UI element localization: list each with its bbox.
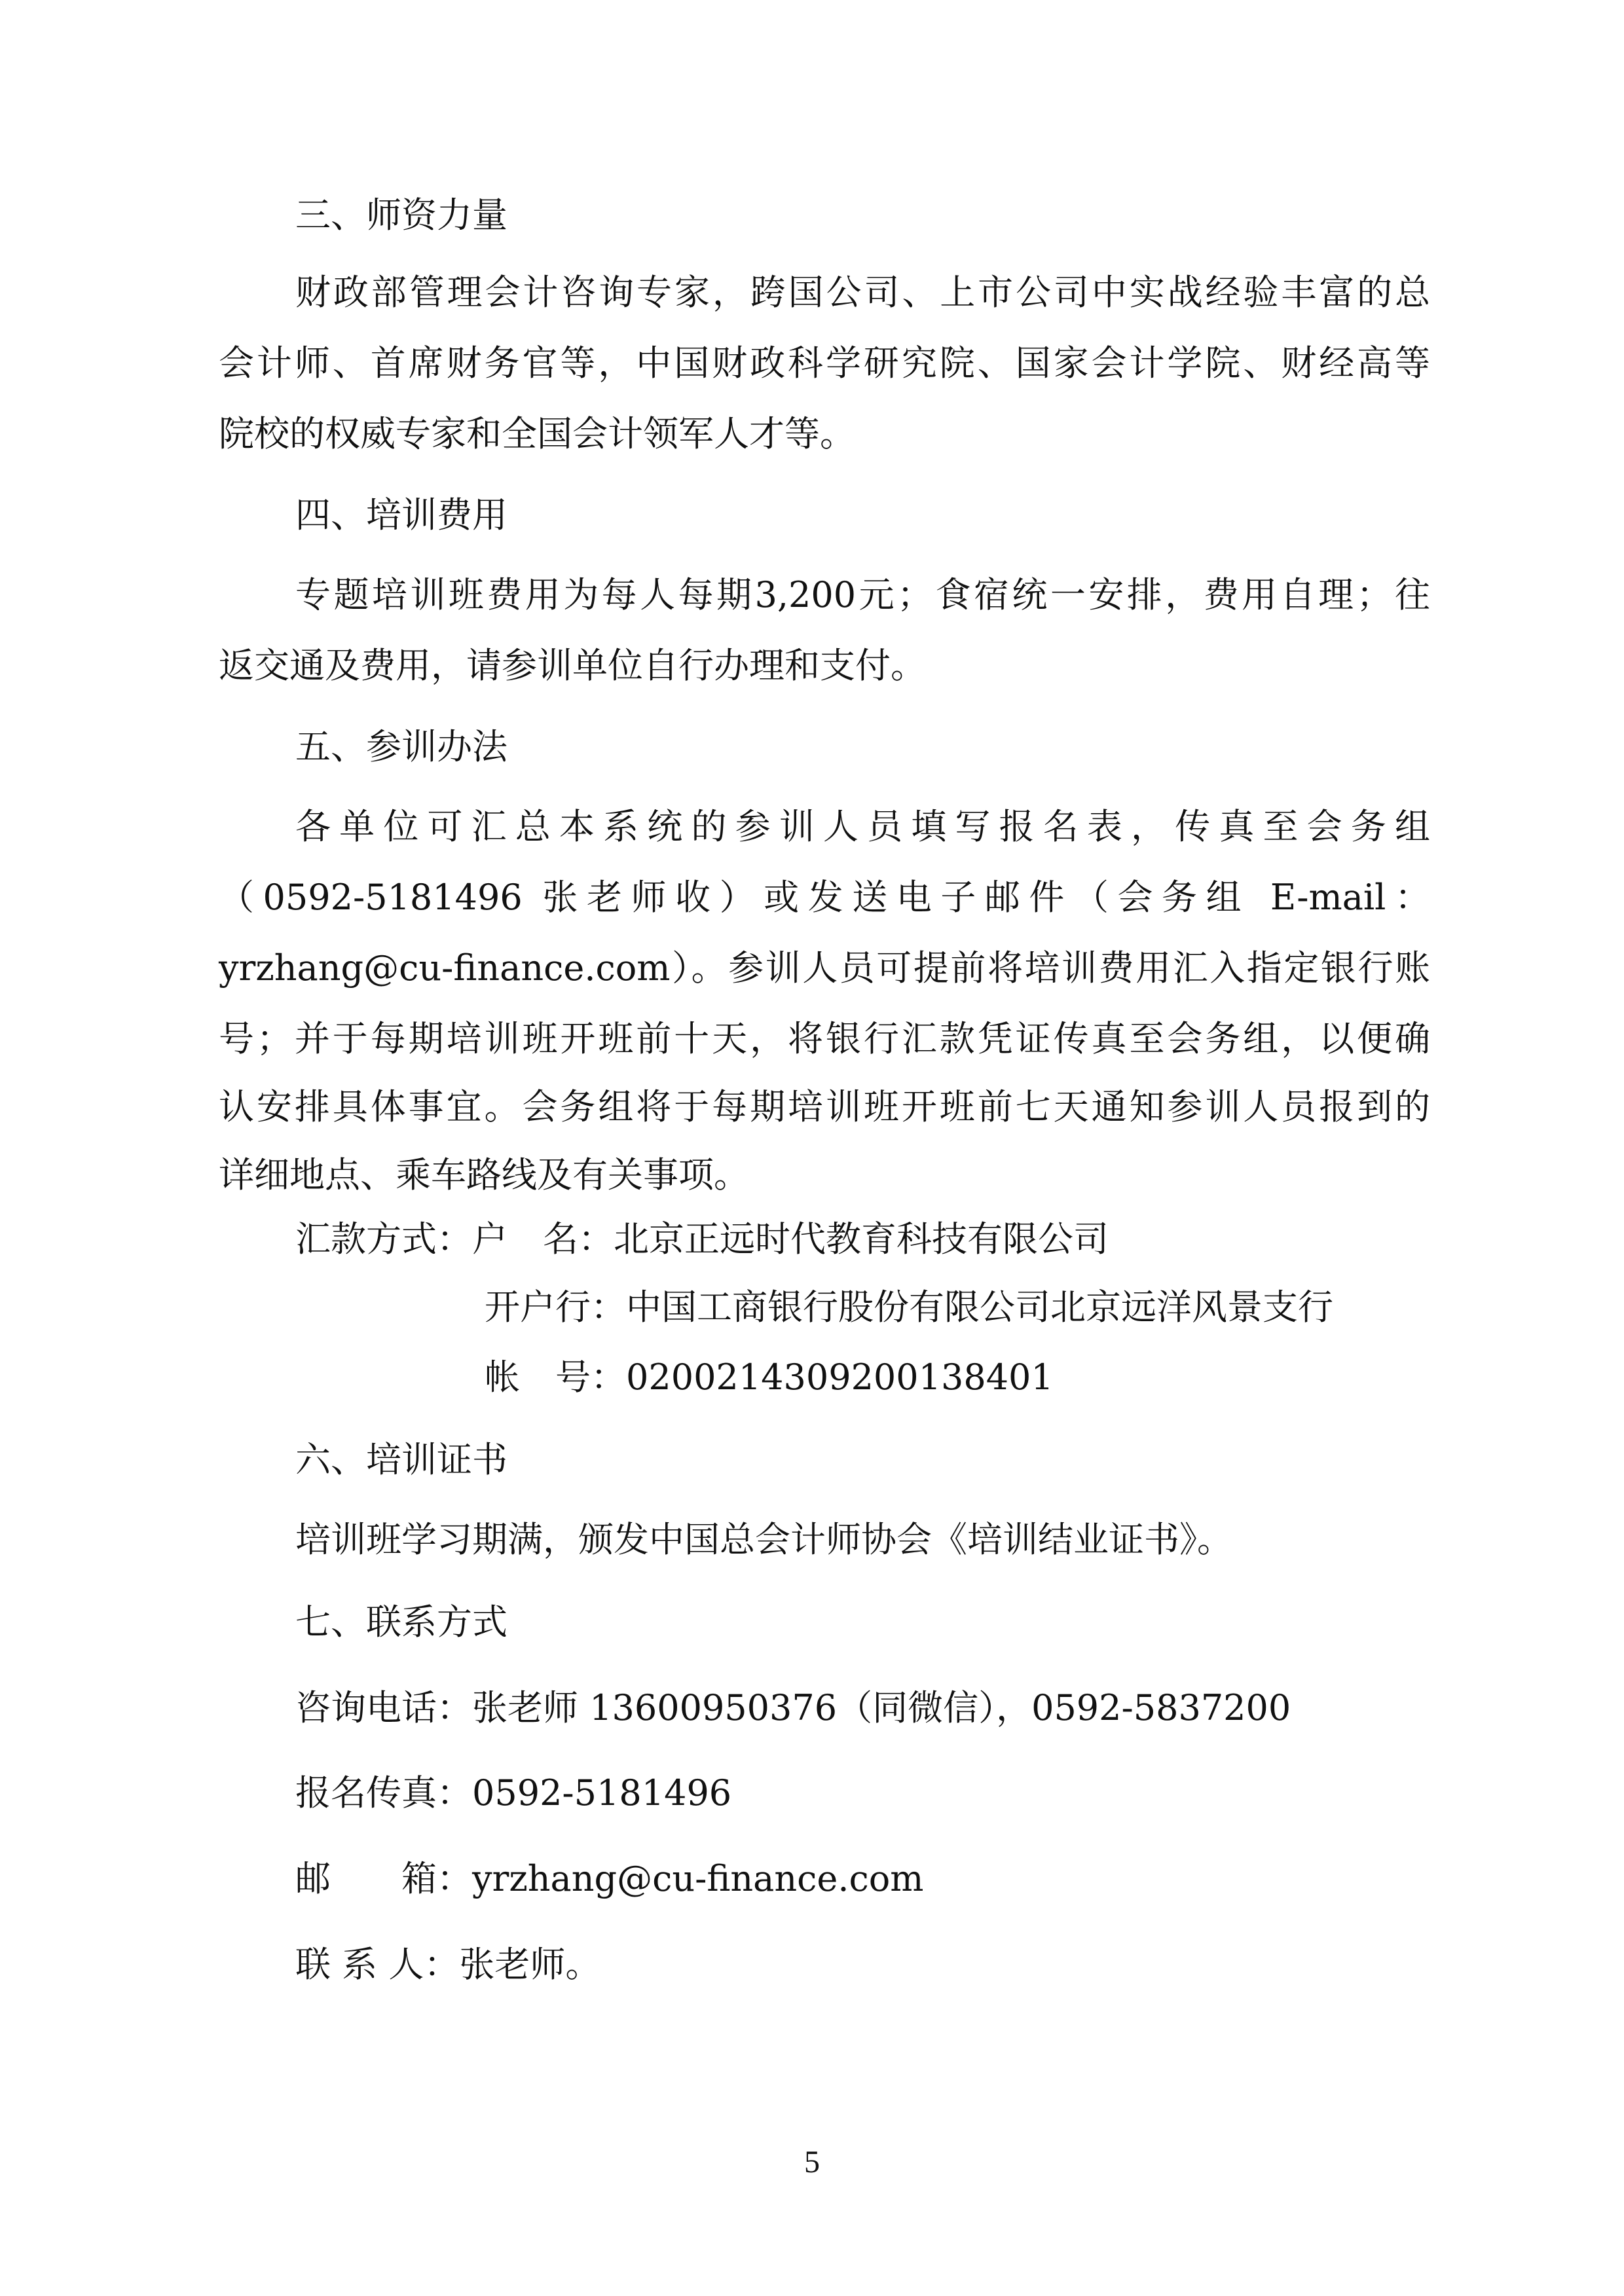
contact-fax: 报名传真：0592-5181496: [295, 1772, 1430, 1814]
section-enrollment-heading: 五、参训办法: [295, 726, 1507, 768]
faculty-para-line-1: 财政部管理会计咨询专家，跨国公司、上市公司中实战经验丰富的总: [295, 272, 1430, 314]
enrollment-para-line-4: 号；并于每期培训班开班前十天，将银行汇款凭证传真至会务组，以便确: [219, 1018, 1430, 1060]
section-contact-heading: 七、联系方式: [295, 1601, 1507, 1643]
certificate-para: 培训班学习期满，颁发中国总会计师协会《培训结业证书》。: [295, 1519, 1430, 1561]
account-name-label: 户 名：: [472, 1218, 614, 1260]
contact-person: 联 系 人：张老师。: [295, 1944, 1430, 1986]
section-fees-heading: 四、培训费用: [295, 494, 1507, 536]
fees-para-line-2: 返交通及费用，请参训单位自行办理和支付。: [219, 645, 1430, 687]
account-number: 0200214309200138401: [626, 1357, 1054, 1398]
bank-label: 开户行：: [485, 1286, 626, 1328]
account-no-label: 帐 号：: [485, 1357, 626, 1398]
enrollment-para-line-2: （0592-5181496 张老师收）或发送电子邮件（会务组 E-mail：: [219, 877, 1430, 919]
remittance-row-1: 汇款方式：户 名：北京正远时代教育科技有限公司: [295, 1218, 1430, 1260]
page-number: 5: [0, 2144, 1624, 2180]
fees-para-line-1: 专题培训班费用为每人每期3,200元；食宿统一安排，费用自理；往: [295, 574, 1430, 616]
faculty-para-line-2: 会计师、首席财务官等，中国财政科学研究院、国家会计学院、财经高等: [219, 342, 1430, 384]
enrollment-para-line-5: 认安排具体事宜。会务组将于每期培训班开班前七天通知参训人员报到的: [219, 1086, 1430, 1128]
section-faculty-heading: 三、师资力量: [295, 194, 1507, 236]
faculty-para-line-3: 院校的权威专家和全国会计领军人才等。: [219, 413, 1430, 455]
enrollment-para-line-1: 各单位可汇总本系统的参训人员填写报名表，传真至会务组: [295, 806, 1430, 848]
account-name: 北京正远时代教育科技有限公司: [614, 1218, 1109, 1260]
remittance-row-3: 帐 号：0200214309200138401: [485, 1357, 1624, 1398]
contact-phone: 咨询电话：张老师 13600950376（同微信），0592-5837200: [295, 1687, 1430, 1729]
enrollment-para-line-3: yrzhang@cu-finance.com）。参训人员可提前将培训费用汇入指定…: [219, 947, 1430, 989]
email-label: 邮 箱：: [295, 1858, 472, 1899]
enrollment-para-line-6: 详细地点、乘车路线及有关事项。: [219, 1154, 1430, 1196]
email-address[interactable]: yrzhang@cu-finance.com: [472, 1858, 923, 1899]
bank-name: 中国工商银行股份有限公司北京远洋风景支行: [626, 1286, 1333, 1328]
remittance-row-2: 开户行：中国工商银行股份有限公司北京远洋风景支行: [485, 1286, 1624, 1328]
remittance-label: 汇款方式：: [295, 1218, 472, 1260]
contact-email-row: 邮 箱：yrzhang@cu-finance.com: [295, 1858, 1430, 1900]
section-certificate-heading: 六、培训证书: [295, 1439, 1507, 1481]
